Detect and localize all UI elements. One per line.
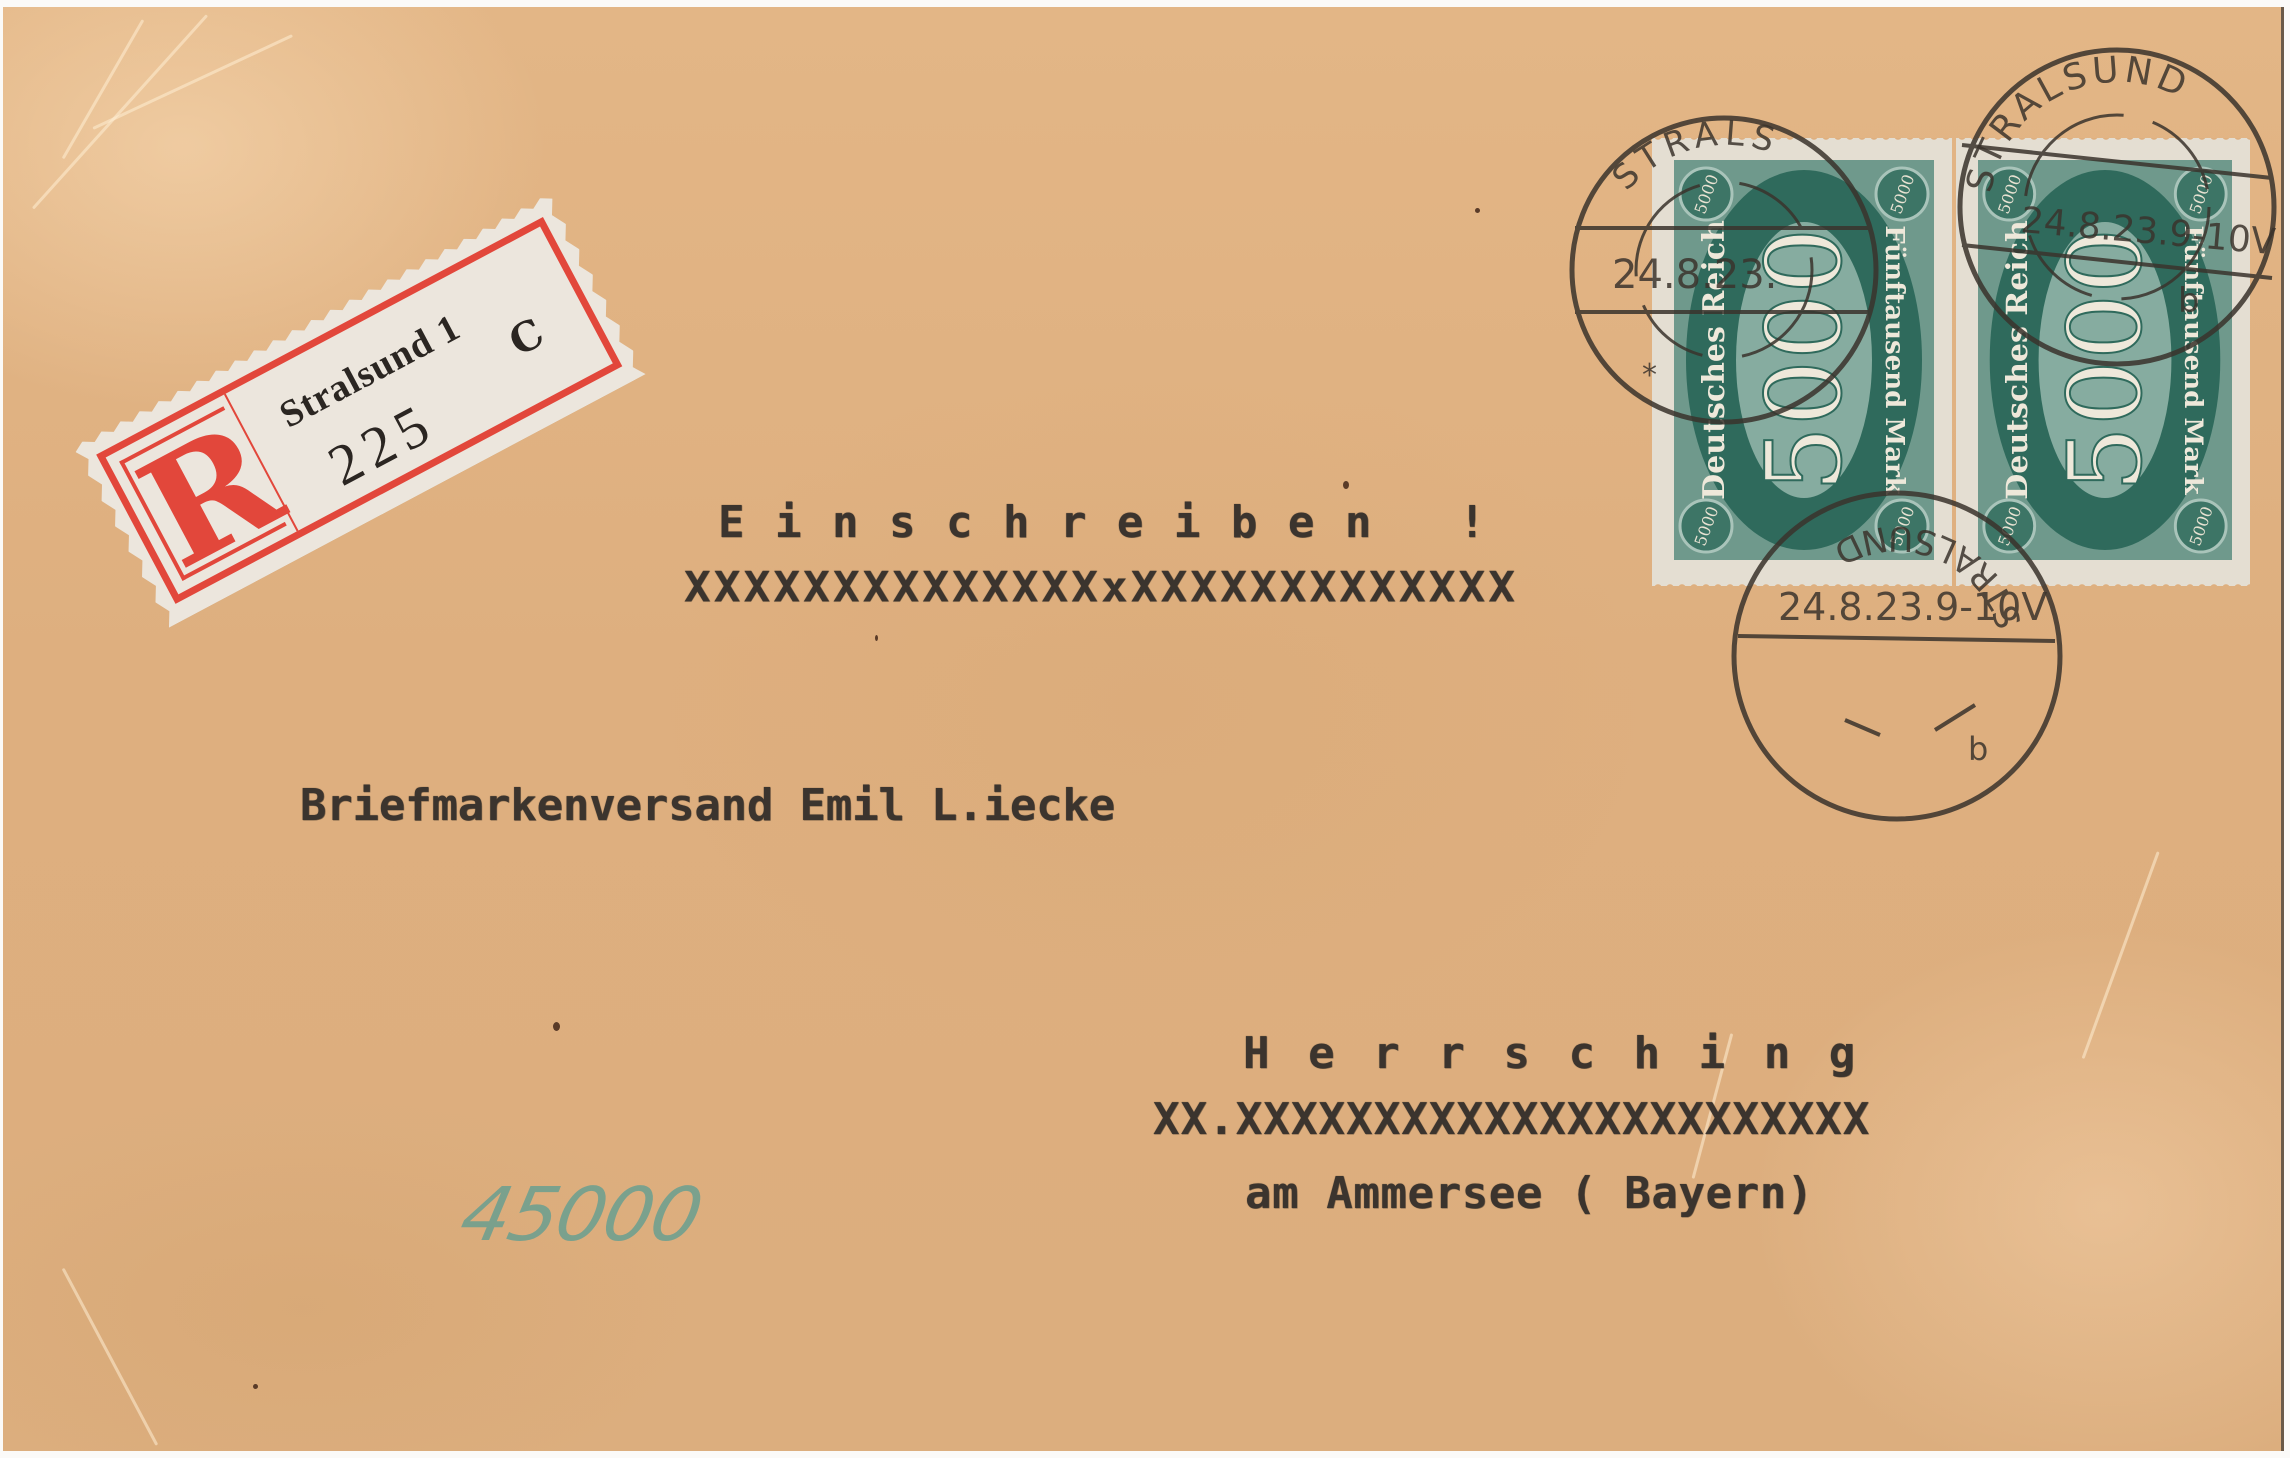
registration-suffix: C xyxy=(501,309,551,365)
scanned-envelope-scene: R Stralsund 1 225 C 5000 5000 5000 5000 … xyxy=(0,0,2290,1458)
recipient-region: am Ammersee ( Bayern) xyxy=(1245,1168,1814,1219)
paper-crease xyxy=(92,34,293,130)
paper-speck xyxy=(553,1022,560,1031)
paper-crease xyxy=(32,14,208,209)
recipient-city: Herrsching xyxy=(1243,1028,1894,1079)
paper-crease xyxy=(62,19,145,159)
paper-crease xyxy=(2082,851,2160,1059)
svg-text:Fünftausend Mark: Fünftausend Mark xyxy=(2178,225,2208,495)
paper-speck xyxy=(253,1384,258,1389)
city-strike: XX.XXXXXXXXXXXXXXXXXXXXXXX xyxy=(1153,1094,1870,1145)
service-strike: XXXXXXXXXXXXXXxXXXXXXXXXXXXX xyxy=(684,563,1518,611)
svg-text:Deutsches Reich: Deutsches Reich xyxy=(1999,220,2034,500)
service-line: Einschreiben ! xyxy=(718,497,1516,548)
svg-text:5000: 5000 xyxy=(2047,228,2165,493)
paper-speck xyxy=(1343,481,1349,489)
registration-letter: R xyxy=(120,404,295,592)
stamp-design: 5000 5000 5000 5000 5000 Deutsches Reich… xyxy=(1978,160,2232,560)
svg-text:5000: 5000 xyxy=(1743,228,1865,493)
postage-stamp: 5000 5000 5000 5000 5000 Deutsches Reich… xyxy=(1652,138,1952,586)
pencil-note: 45000 xyxy=(453,1172,708,1258)
paper-speck xyxy=(1475,208,1480,213)
stamp-artwork: 5000 5000 5000 5000 5000 Deutsches Reich… xyxy=(1674,160,1934,560)
postage-stamp: 5000 5000 5000 5000 5000 Deutsches Reich… xyxy=(1956,138,2250,586)
stamp-artwork: 5000 5000 5000 5000 5000 Deutsches Reich… xyxy=(1978,160,2232,560)
recipient-name: Briefmarkenversand Emil L.iecke xyxy=(300,780,1115,831)
paper-crease xyxy=(62,1268,159,1446)
paper-speck xyxy=(875,635,878,641)
stamp-design: 5000 5000 5000 5000 5000 Deutsches Reich… xyxy=(1674,160,1934,560)
svg-text:Deutsches Reich: Deutsches Reich xyxy=(1697,220,1732,500)
svg-text:Fünftausend Mark: Fünftausend Mark xyxy=(1879,225,1909,495)
